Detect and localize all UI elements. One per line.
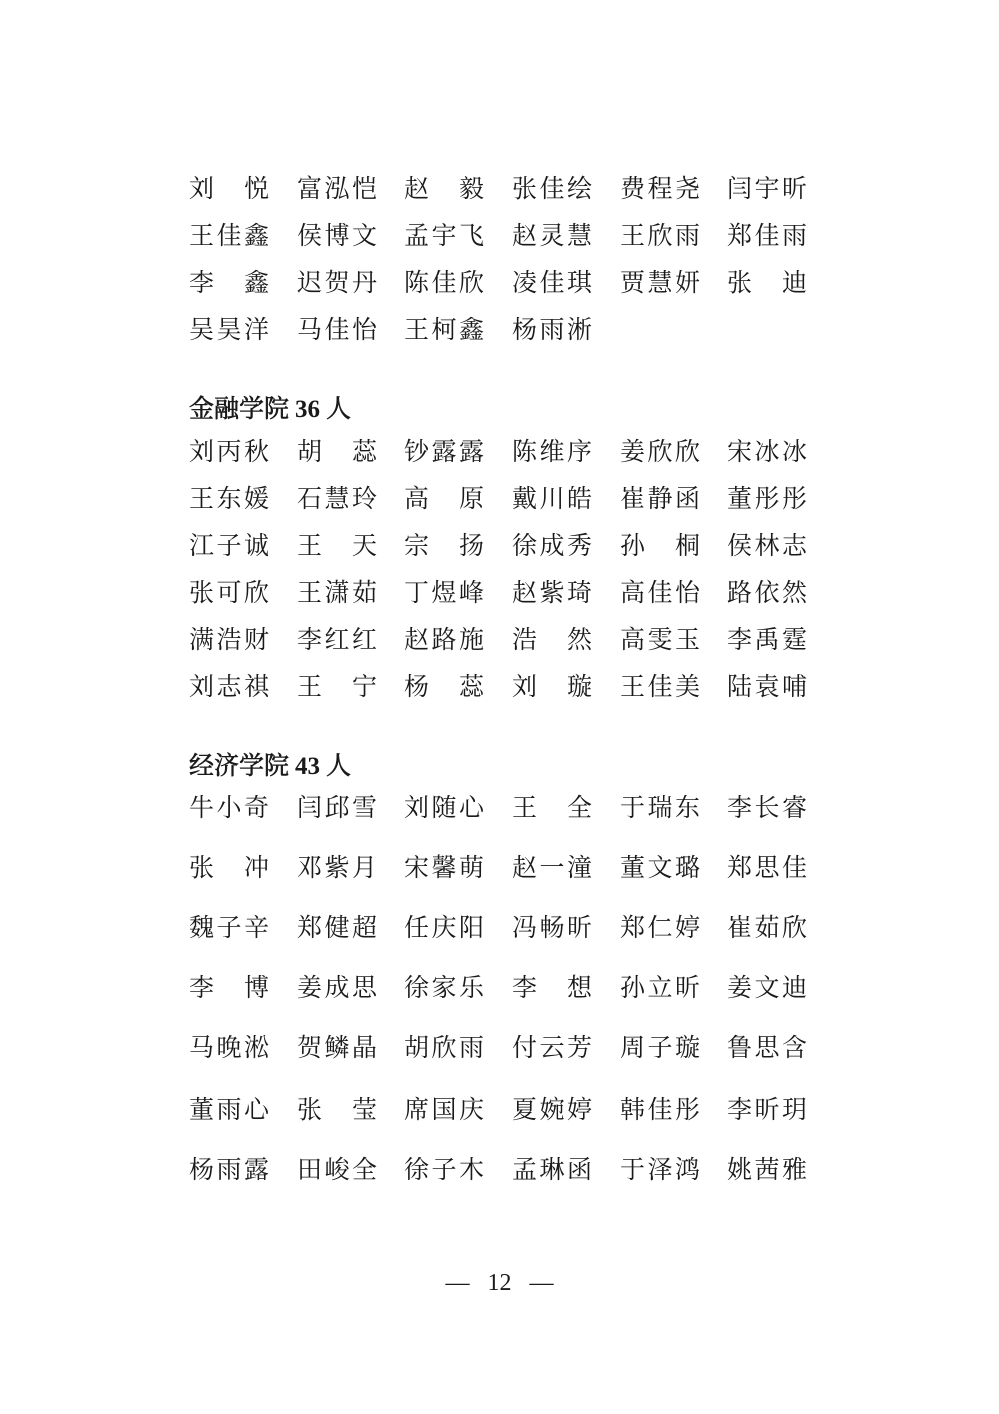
student-name: 刘璇 [512,670,592,704]
student-name: 侯林志 [727,529,807,563]
student-name: 杨雨露 [189,1153,269,1187]
student-name: 张莹 [297,1093,377,1127]
student-name: 郑佳雨 [727,219,807,253]
name-row: 杨雨露田峻全徐子木孟琳函于泽鸿姚茜雅 [189,1153,829,1187]
student-name: 贺鳞晶 [297,1031,377,1065]
student-name: 王宁 [297,670,377,704]
student-name: 孟宇飞 [404,219,484,253]
student-name: 于泽鸿 [620,1153,700,1187]
student-name: 刘悦 [189,172,269,206]
student-name: 富泓恺 [297,172,377,206]
student-name: 高原 [404,482,484,516]
name-row: 刘志祺王宁杨蕊刘璇王佳美陆袁哺 [189,670,829,704]
student-name: 李鑫 [189,266,269,300]
student-name: 李长睿 [727,791,807,825]
student-name: 王佳美 [620,670,700,704]
student-name: 宋馨萌 [404,851,484,885]
student-name: 徐家乐 [404,971,484,1005]
name-row: 刘悦富泓恺赵毅张佳绘费程尧闫宇昕 [189,172,829,206]
student-name: 牛小奇 [189,791,269,825]
student-name: 李博 [189,971,269,1005]
student-name: 孙立昕 [620,971,700,1005]
student-name: 刘志祺 [189,670,269,704]
name-row: 张冲邓紫月宋馨萌赵一潼董文璐郑思佳 [189,851,829,885]
student-name: 周子璇 [620,1031,700,1065]
name-row: 王佳鑫侯博文孟宇飞赵灵慧王欣雨郑佳雨 [189,219,829,253]
name-row: 董雨心张莹席国庆夏婉婷韩佳彤李昕玥 [189,1093,829,1127]
student-name: 陈佳欣 [404,266,484,300]
college-name: 经济学院 [189,751,289,780]
student-name: 徐子木 [404,1153,484,1187]
name-row: 吴昊洋马佳怡王柯鑫杨雨淅 [189,313,829,347]
student-name: 董文璐 [620,851,700,885]
student-name: 凌佳琪 [512,266,592,300]
student-name: 孙桐 [620,529,700,563]
name-row: 马晚淞贺鳞晶胡欣雨付云芳周子璇鲁思含 [189,1031,829,1065]
student-name: 王全 [512,791,592,825]
count-unit: 人 [326,751,351,780]
student-name: 邓紫月 [297,851,377,885]
student-name: 王欣雨 [620,219,700,253]
student-name: 闫邱雪 [297,791,377,825]
student-name: 陈维序 [512,435,592,469]
student-name: 石慧玲 [297,482,377,516]
student-name: 姜欣欣 [620,435,700,469]
student-name: 费程尧 [620,172,700,206]
student-name: 魏子辛 [189,911,269,945]
student-name: 席国庆 [404,1093,484,1127]
student-name: 张佳绘 [512,172,592,206]
student-name: 李想 [512,971,592,1005]
student-name: 贾慧妍 [620,266,700,300]
student-name: 陆袁哺 [727,670,807,704]
name-row: 李鑫迟贺丹陈佳欣凌佳琪贾慧妍张迪 [189,266,829,300]
student-name: 姚茜雅 [727,1153,807,1187]
student-name: 姜文迪 [727,971,807,1005]
student-name: 王天 [297,529,377,563]
dash-right: — [530,1268,554,1298]
count-unit: 人 [326,394,351,423]
section-heading: 经济学院43人 [189,749,351,784]
student-name: 赵紫琦 [512,576,592,610]
student-name: 董雨心 [189,1093,269,1127]
member-count: 43 [295,753,320,780]
name-row: 王东媛石慧玲高原戴川皓崔静函董彤彤 [189,482,829,516]
student-name: 王佳鑫 [189,219,269,253]
college-name: 金融学院 [189,394,289,423]
student-name: 张冲 [189,851,269,885]
student-name: 崔茹欣 [727,911,807,945]
student-name: 郑健超 [297,911,377,945]
student-name: 满浩财 [189,623,269,657]
student-name: 付云芳 [512,1031,592,1065]
student-name: 路依然 [727,576,807,610]
name-row: 魏子辛郑健超任庆阳冯畅昕郑仁婷崔茹欣 [189,911,829,945]
student-name: 迟贺丹 [297,266,377,300]
student-name: 田峻全 [297,1153,377,1187]
student-name: 李红红 [297,623,377,657]
student-name: 侯博文 [297,219,377,253]
student-name: 宋冰冰 [727,435,807,469]
student-name: 吴昊洋 [189,313,269,347]
student-name: 马佳怡 [297,313,377,347]
student-name: 刘丙秋 [189,435,269,469]
name-row: 李博姜成思徐家乐李想孙立昕姜文迪 [189,971,829,1005]
student-name: 马晚淞 [189,1031,269,1065]
page-number: 12 [488,1270,512,1296]
student-name: 丁煜峰 [404,576,484,610]
name-row: 江子诚王天宗扬徐成秀孙桐侯林志 [189,529,829,563]
name-row: 张可欣王潇茹丁煜峰赵紫琦高佳怡路依然 [189,576,829,610]
name-row: 满浩财李红红赵路施浩然高雯玉李禹霆 [189,623,829,657]
student-name: 胡蕊 [297,435,377,469]
student-name: 于瑞东 [620,791,700,825]
student-name: 张可欣 [189,576,269,610]
student-name: 韩佳彤 [620,1093,700,1127]
student-name: 张迪 [727,266,807,300]
student-name: 崔静函 [620,482,700,516]
student-name: 高佳怡 [620,576,700,610]
member-count: 36 [295,396,320,423]
student-name: 李昕玥 [727,1093,807,1127]
student-name: 徐成秀 [512,529,592,563]
document-page: 刘悦富泓恺赵毅张佳绘费程尧闫宇昕王佳鑫侯博文孟宇飞赵灵慧王欣雨郑佳雨李鑫迟贺丹陈… [0,0,999,1414]
student-name: 高雯玉 [620,623,700,657]
student-name: 刘随心 [404,791,484,825]
student-name: 赵路施 [404,623,484,657]
student-name: 王柯鑫 [404,313,484,347]
student-name: 赵毅 [404,172,484,206]
student-name: 郑思佳 [727,851,807,885]
student-name: 董彤彤 [727,482,807,516]
student-name: 宗扬 [404,529,484,563]
student-name: 赵灵慧 [512,219,592,253]
student-name: 戴川皓 [512,482,592,516]
page-footer: —12— [0,1268,999,1298]
student-name: 杨蕊 [404,670,484,704]
student-name: 孟琳函 [512,1153,592,1187]
student-name: 王潇茹 [297,576,377,610]
student-name: 李禹霆 [727,623,807,657]
student-name: 胡欣雨 [404,1031,484,1065]
student-name: 郑仁婷 [620,911,700,945]
dash-left: — [446,1268,470,1298]
student-name: 夏婉婷 [512,1093,592,1127]
student-name: 鲁思含 [727,1031,807,1065]
student-name: 浩然 [512,623,592,657]
section-heading: 金融学院36人 [189,392,351,427]
student-name: 闫宇昕 [727,172,807,206]
name-row: 刘丙秋胡蕊钞露露陈维序姜欣欣宋冰冰 [189,435,829,469]
name-row: 牛小奇闫邱雪刘随心王全于瑞东李长睿 [189,791,829,825]
student-name: 赵一潼 [512,851,592,885]
student-name: 王东媛 [189,482,269,516]
student-name: 钞露露 [404,435,484,469]
student-name: 任庆阳 [404,911,484,945]
student-name: 杨雨淅 [512,313,592,347]
student-name: 姜成思 [297,971,377,1005]
student-name: 冯畅昕 [512,911,592,945]
student-name: 江子诚 [189,529,269,563]
